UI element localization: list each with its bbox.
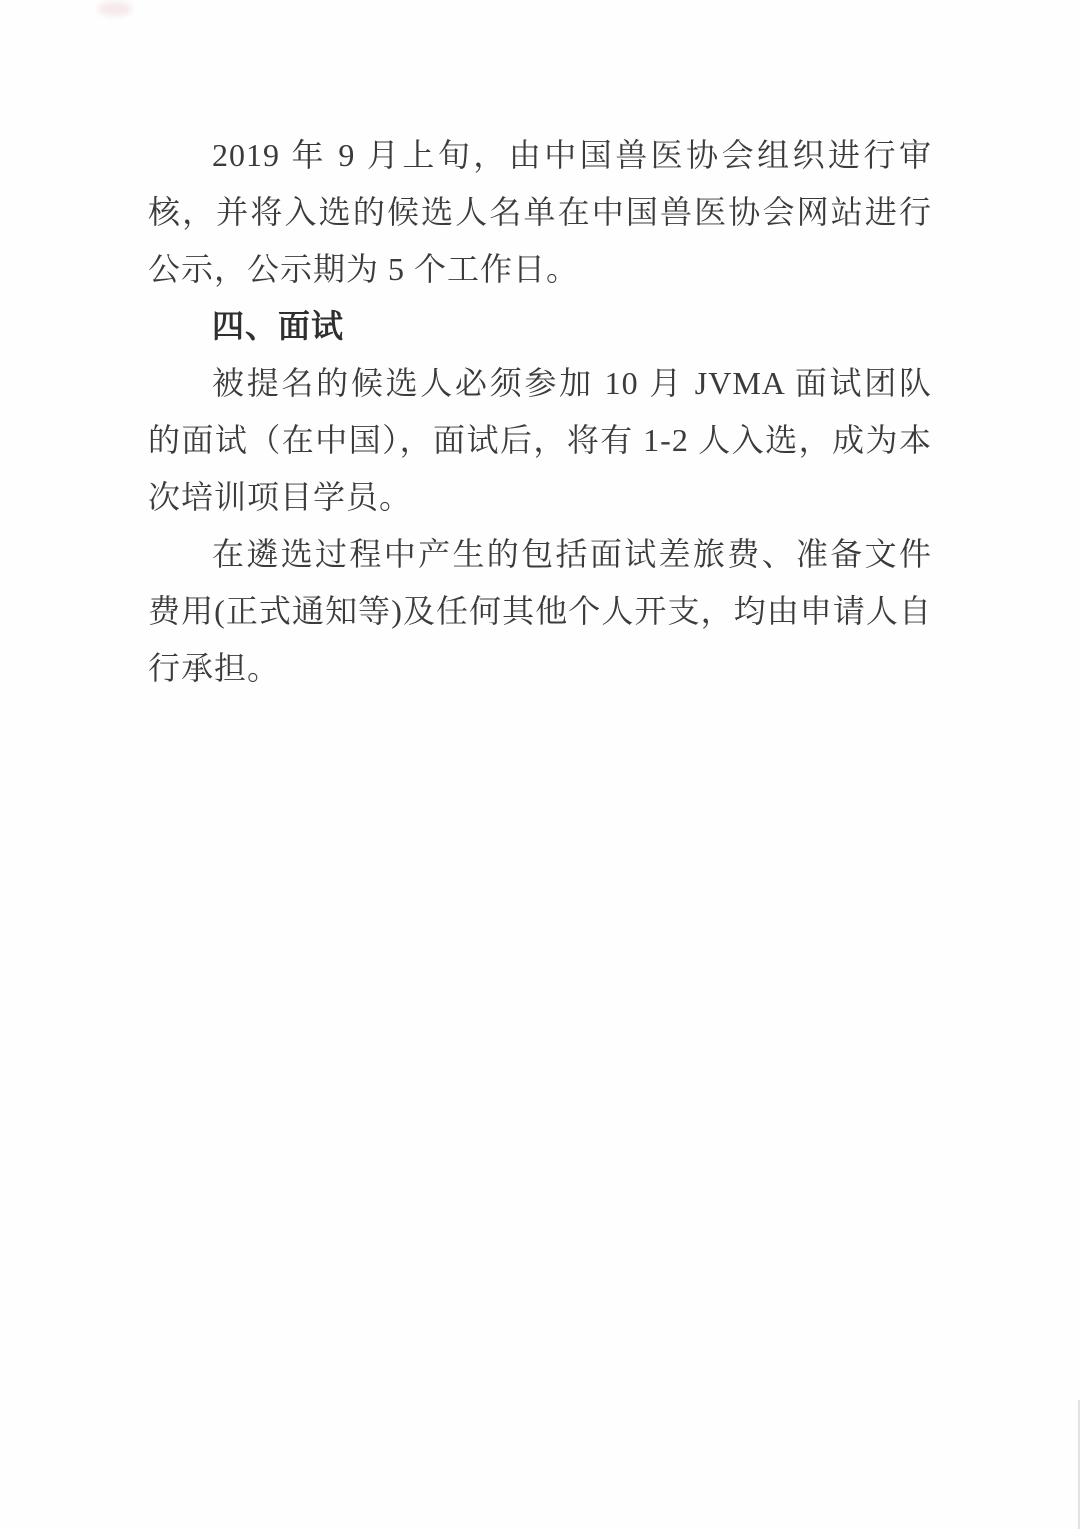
section-heading-interview: 四、面试 — [148, 298, 932, 355]
paragraph-expenses-responsibility: 在遴选过程中产生的包括面试差旅费、准备文件费用(正式通知等)及任何其他个人开支，… — [148, 526, 932, 697]
document-body: 2019 年 9 月上旬，由中国兽医协会组织进行审核，并将入选的候选人名单在中国… — [148, 127, 932, 697]
document-page: 2019 年 9 月上旬，由中国兽医协会组织进行审核，并将入选的候选人名单在中国… — [0, 0, 1080, 1529]
scan-artifact-smudge — [98, 2, 132, 16]
paragraph-interview-details: 被提名的候选人必须参加 10 月 JVMA 面试团队的面试（在中国），面试后，将… — [148, 355, 932, 526]
paragraph-review-publicity: 2019 年 9 月上旬，由中国兽医协会组织进行审核，并将入选的候选人名单在中国… — [148, 127, 932, 298]
